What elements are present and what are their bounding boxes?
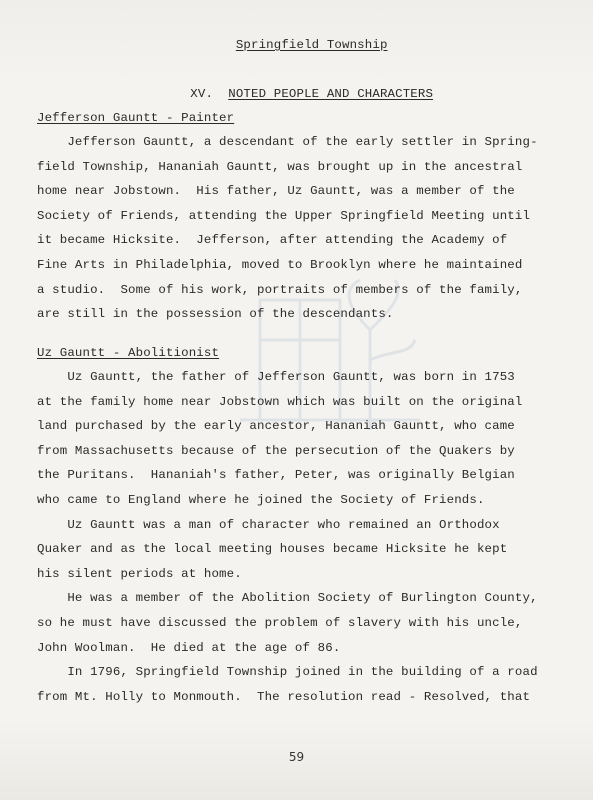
paragraph-line: it became Hicksite. Jefferson, after att… bbox=[37, 233, 507, 247]
paragraph-line: the Puritans. Hananiah's father, Peter, … bbox=[37, 468, 515, 482]
paragraph-line: from Massachusetts because of the persec… bbox=[37, 444, 515, 458]
chapter-number: XV. bbox=[190, 87, 213, 101]
paragraph-line: Jefferson Gauntt, a descendant of the ea… bbox=[37, 135, 538, 149]
paragraph-line: at the family home near Jobstown which w… bbox=[37, 395, 522, 409]
paragraph-line: Quaker and as the local meeting houses b… bbox=[37, 542, 507, 556]
paragraph-line: He was a member of the Abolition Society… bbox=[37, 591, 538, 605]
paragraph-line: are still in the possession of the desce… bbox=[37, 307, 394, 321]
paragraph-line: home near Jobstown. His father, Uz Gaunt… bbox=[37, 184, 515, 198]
paragraph-line: Uz Gauntt, the father of Jefferson Gaunt… bbox=[37, 370, 515, 384]
paragraph-line: John Woolman. He died at the age of 86. bbox=[37, 641, 340, 655]
running-header: Springfield Township bbox=[236, 38, 388, 52]
paragraph-line: Fine Arts in Philadelphia, moved to Broo… bbox=[37, 258, 522, 272]
paragraph-line: land purchased by the early ancestor, Ha… bbox=[37, 419, 515, 433]
paragraph-line: In 1796, Springfield Township joined in … bbox=[37, 665, 538, 679]
paragraph-line: from Mt. Holly to Monmouth. The resoluti… bbox=[37, 690, 530, 704]
section-heading: Uz Gauntt - Abolitionist bbox=[37, 346, 219, 360]
paragraph-line: so he must have discussed the problem of… bbox=[37, 616, 522, 630]
paragraph-line: Uz Gauntt was a man of character who rem… bbox=[37, 518, 500, 532]
paragraph-line: a studio. Some of his work, portraits of… bbox=[37, 283, 522, 297]
paragraph-line: Society of Friends, attending the Upper … bbox=[37, 209, 530, 223]
chapter-title: NOTED PEOPLE AND CHARACTERS bbox=[228, 87, 433, 101]
paragraph-line: who came to England where he joined the … bbox=[37, 493, 485, 507]
paragraph-line: his silent periods at home. bbox=[37, 567, 242, 581]
section-heading: Jefferson Gauntt - Painter bbox=[37, 111, 234, 125]
paragraph-line: field Township, Hananiah Gauntt, was bro… bbox=[37, 160, 522, 174]
page-number: 59 bbox=[0, 750, 593, 764]
document-page: Springfield Township XV. NOTED PEOPLE AN… bbox=[0, 0, 593, 800]
